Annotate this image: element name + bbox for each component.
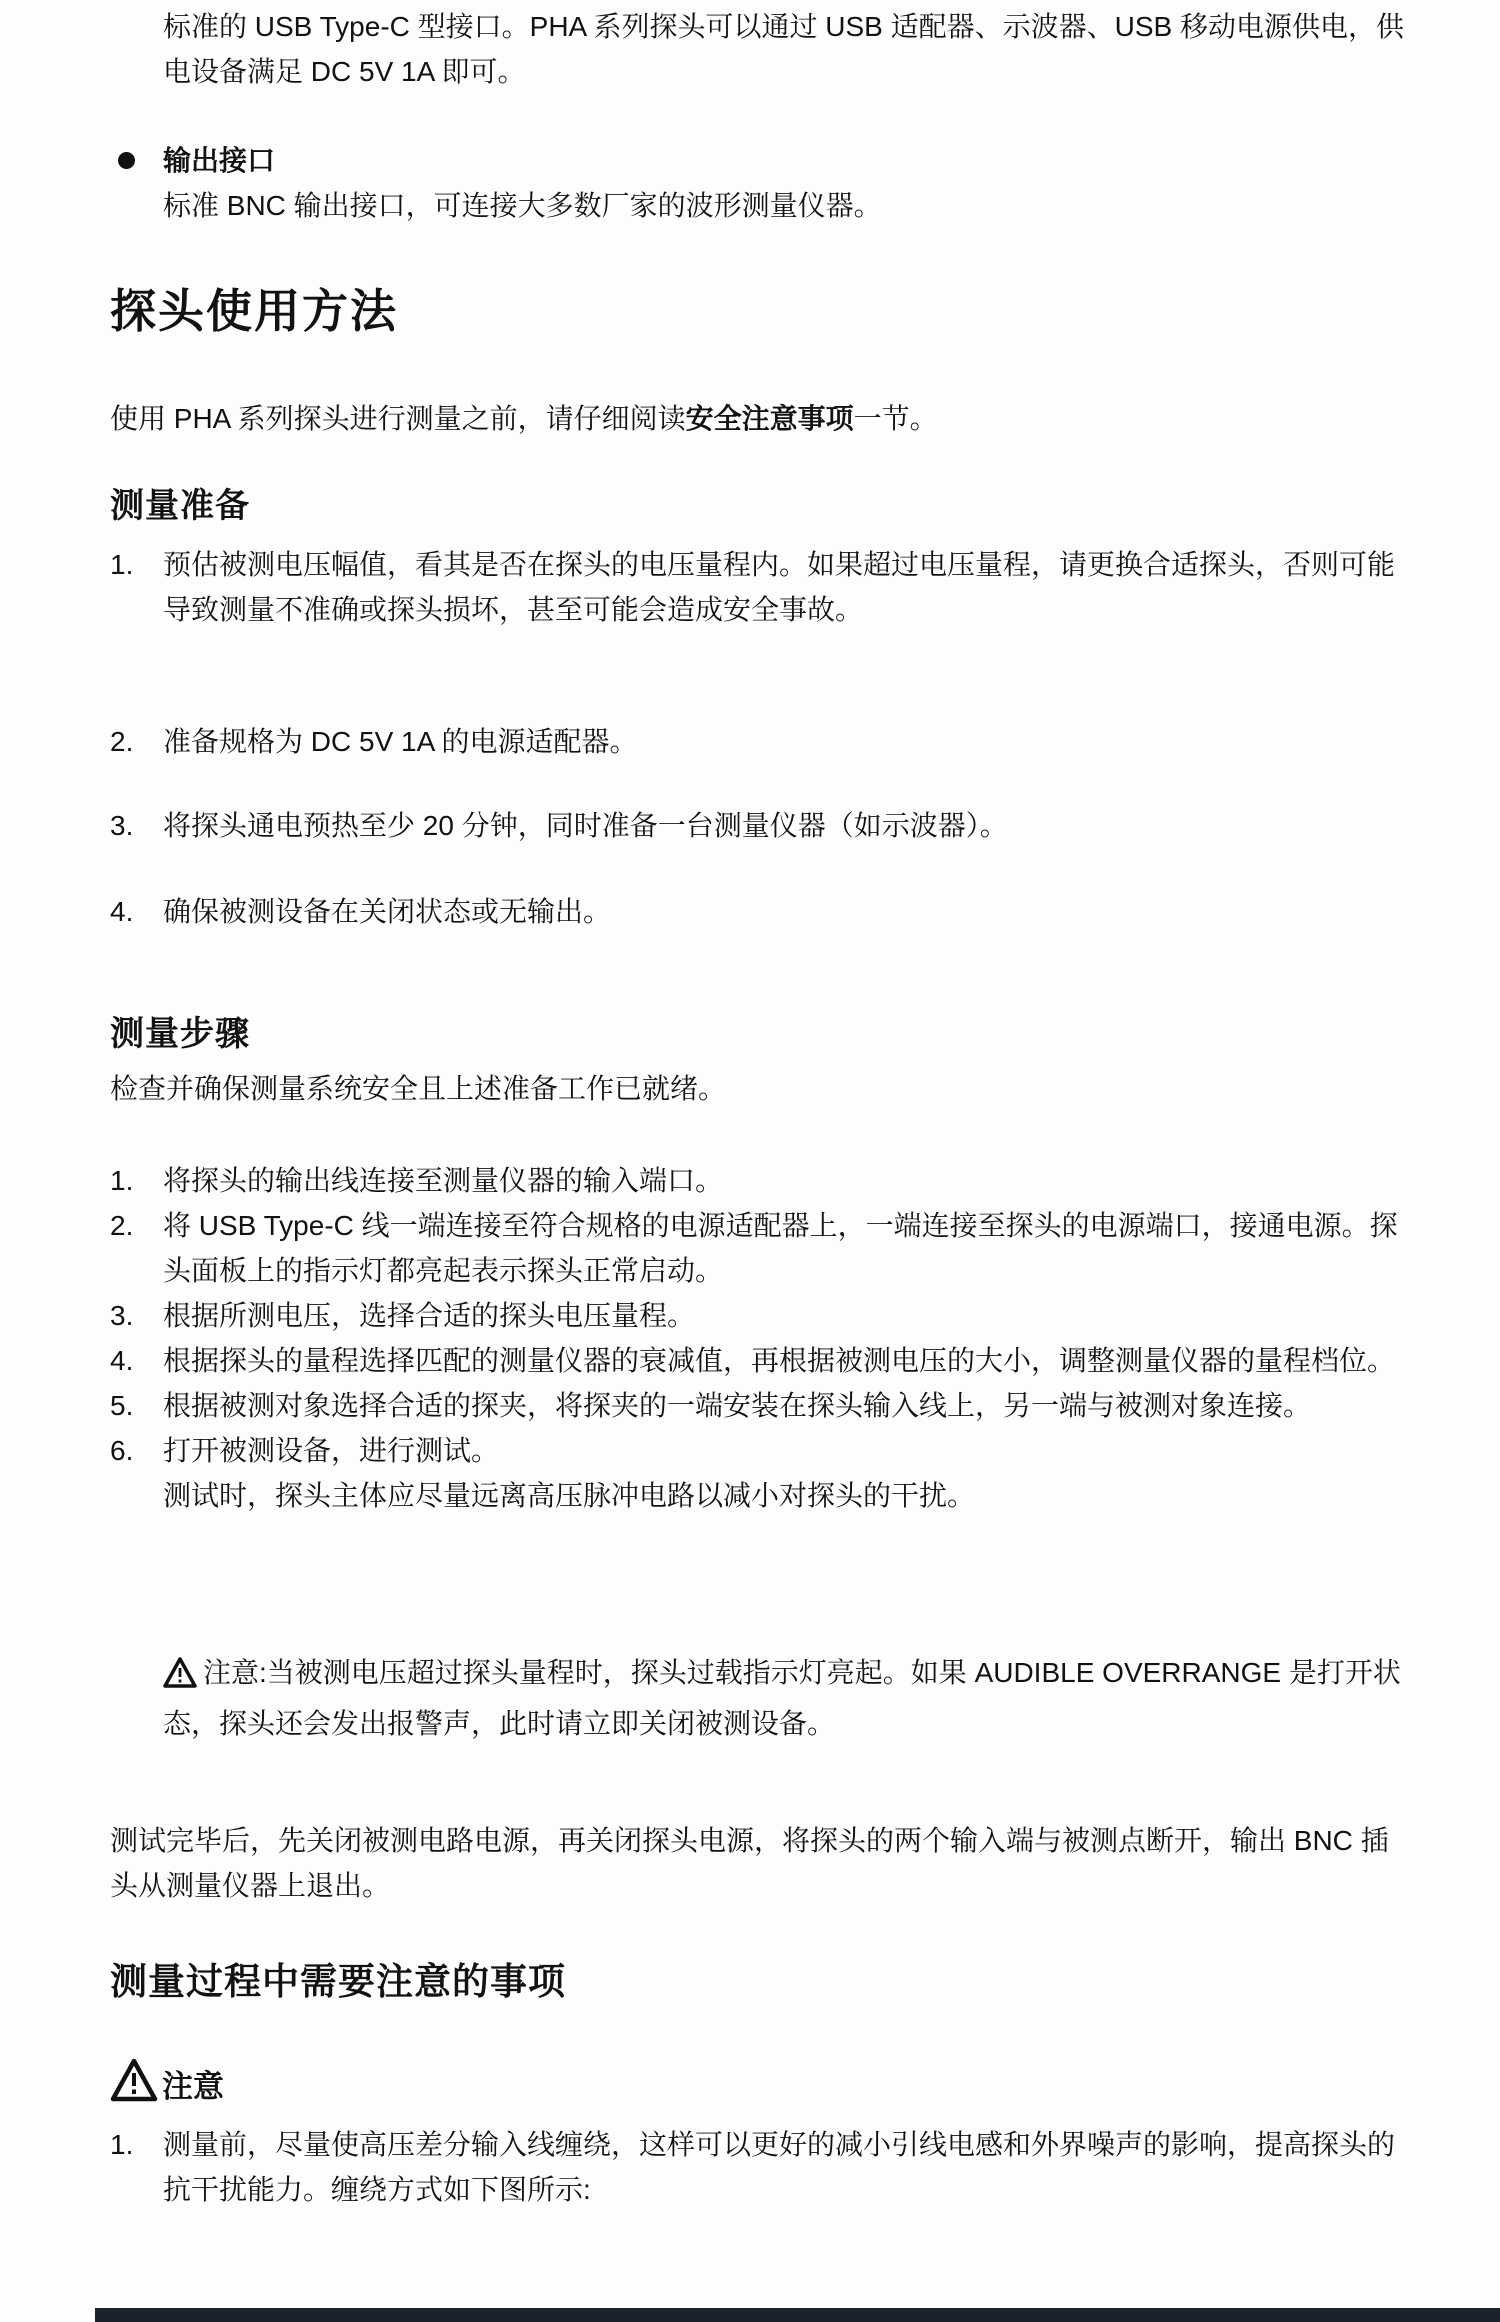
list-text: 根据探头的量程选择匹配的测量仪器的衰减值，再根据被测电压的大小，调整测量仪器的量…	[163, 1338, 1412, 1383]
steps-list: 1. 将探头的输出线连接至测量仪器的输入端口。 2. 将 USB Type-C …	[110, 1158, 1412, 1518]
section-heading-measure-steps: 测量步骤	[110, 1012, 250, 1056]
step-item-5: 5. 根据被测对象选择合适的探夹，将探夹的一端安装在探头输入线上，另一端与被测对…	[110, 1383, 1412, 1428]
step-item-4: 4. 根据探头的量程选择匹配的测量仪器的衰减值，再根据被测电压的大小，调整测量仪…	[110, 1338, 1412, 1383]
list-number: 4.	[110, 1338, 163, 1383]
list-text: 将探头通电预热至少 20 分钟，同时准备一台测量仪器（如示波器）。	[163, 803, 1412, 848]
bullet-title: 输出接口	[163, 138, 882, 183]
steps-lead-paragraph: 检查并确保测量系统安全且上述准备工作已就绪。	[110, 1066, 1412, 1111]
list-number: 6.	[110, 1428, 163, 1518]
bullet-icon	[118, 152, 135, 169]
paragraph-usbc-power: 标准的 USB Type-C 型接口。PHA 系列探头可以通过 USB 适配器、…	[163, 4, 1413, 94]
section-heading-measure-prep: 测量准备	[110, 484, 250, 528]
list-number: 2.	[110, 1203, 163, 1293]
bullet-item-output-port: 输出接口 标准 BNC 输出接口，可连接大多数厂家的波形测量仪器。	[110, 138, 1412, 228]
step-item-6: 6. 打开被测设备，进行测试。 测试时，探头主体应尽量远离高压脉冲电路以减小对探…	[110, 1428, 1412, 1518]
list-number: 4.	[110, 889, 163, 934]
usage-intro-bold-ref: 安全注意事项	[686, 403, 854, 434]
list-text: 测量前，尽量使高压差分输入线缠绕，这样可以更好的减小引线电感和外界噪声的影响，提…	[163, 2122, 1412, 2212]
list-text: 根据被测对象选择合适的探夹，将探夹的一端安装在探头输入线上，另一端与被测对象连接…	[163, 1383, 1412, 1428]
warning-triangle-icon	[110, 2058, 158, 2115]
warning-text: 当被测电压超过探头量程时，探头过载指示灯亮起。如果 AUDIBLE OVERRA…	[163, 1657, 1401, 1739]
warning-triangle-icon	[163, 1656, 197, 1701]
page-title: 探头使用方法	[110, 282, 398, 340]
bullet-body: 标准 BNC 输出接口，可连接大多数厂家的波形测量仪器。	[163, 183, 882, 228]
step-item-1: 1. 将探头的输出线连接至测量仪器的输入端口。	[110, 1158, 1412, 1203]
list-number: 3.	[110, 803, 163, 848]
list-number: 2.	[110, 719, 163, 764]
document-page: 标准的 USB Type-C 型接口。PHA 系列探头可以通过 USB 适配器、…	[0, 0, 1500, 2322]
paragraph-after-test: 测试完毕后，先关闭被测电路电源，再关闭探头电源，将探头的两个输入端与被测点断开，…	[110, 1818, 1412, 1908]
list-text: 打开被测设备，进行测试。 测试时，探头主体应尽量远离高压脉冲电路以减小对探头的干…	[163, 1428, 1412, 1518]
list-number: 3.	[110, 1293, 163, 1338]
list-number: 5.	[110, 1383, 163, 1428]
step-item-3: 3. 根据所测电压，选择合适的探头电压量程。	[110, 1293, 1412, 1338]
prep-item-3: 3. 将探头通电预热至少 20 分钟，同时准备一台测量仪器（如示波器）。	[110, 803, 1412, 848]
step-6-line-2: 测试时，探头主体应尽量远离高压脉冲电路以减小对探头的干扰。	[163, 1473, 1412, 1518]
notice-label: 注意	[162, 2064, 224, 2109]
prep-item-1: 1. 预估被测电压幅值，看其是否在探头的电压量程内。如果超过电压量程，请更换合适…	[110, 542, 1412, 632]
section-heading-notes: 测量过程中需要注意的事项	[110, 1960, 566, 2004]
usage-intro-paragraph: 使用 PHA 系列探头进行测量之前，请仔细阅读安全注意事项一节。	[110, 396, 1412, 441]
list-text: 确保被测设备在关闭状态或无输出。	[163, 889, 1412, 934]
list-text: 将 USB Type-C 线一端连接至符合规格的电源适配器上，一端连接至探头的电…	[163, 1203, 1412, 1293]
list-number: 1.	[110, 2122, 163, 2212]
prep-item-4: 4. 确保被测设备在关闭状态或无输出。	[110, 889, 1412, 934]
notice-label-row: 注意	[110, 2058, 1412, 2115]
list-text: 根据所测电压，选择合适的探头电压量程。	[163, 1293, 1412, 1338]
notice-item-1: 1. 测量前，尽量使高压差分输入线缠绕，这样可以更好的减小引线电感和外界噪声的影…	[110, 2122, 1412, 2212]
step-item-2: 2. 将 USB Type-C 线一端连接至符合规格的电源适配器上，一端连接至探…	[110, 1203, 1412, 1293]
step-6-line-1: 打开被测设备，进行测试。	[163, 1428, 1412, 1473]
list-text: 预估被测电压幅值，看其是否在探头的电压量程内。如果超过电压量程，请更换合适探头，…	[163, 542, 1412, 632]
figure-top-edge	[95, 2308, 1500, 2322]
warning-note-overrange: 注意:当被测电压超过探头量程时，探头过载指示灯亮起。如果 AUDIBLE OVE…	[163, 1650, 1415, 1746]
usage-intro-pre: 使用 PHA 系列探头进行测量之前，请仔细阅读	[110, 403, 686, 434]
prep-item-2: 2. 准备规格为 DC 5V 1A 的电源适配器。	[110, 719, 1412, 764]
list-number: 1.	[110, 542, 163, 632]
list-number: 1.	[110, 1158, 163, 1203]
list-text: 将探头的输出线连接至测量仪器的输入端口。	[163, 1158, 1412, 1203]
list-text: 准备规格为 DC 5V 1A 的电源适配器。	[163, 719, 1412, 764]
warning-label: 注意:	[203, 1657, 267, 1688]
usage-intro-post: 一节。	[854, 403, 938, 434]
